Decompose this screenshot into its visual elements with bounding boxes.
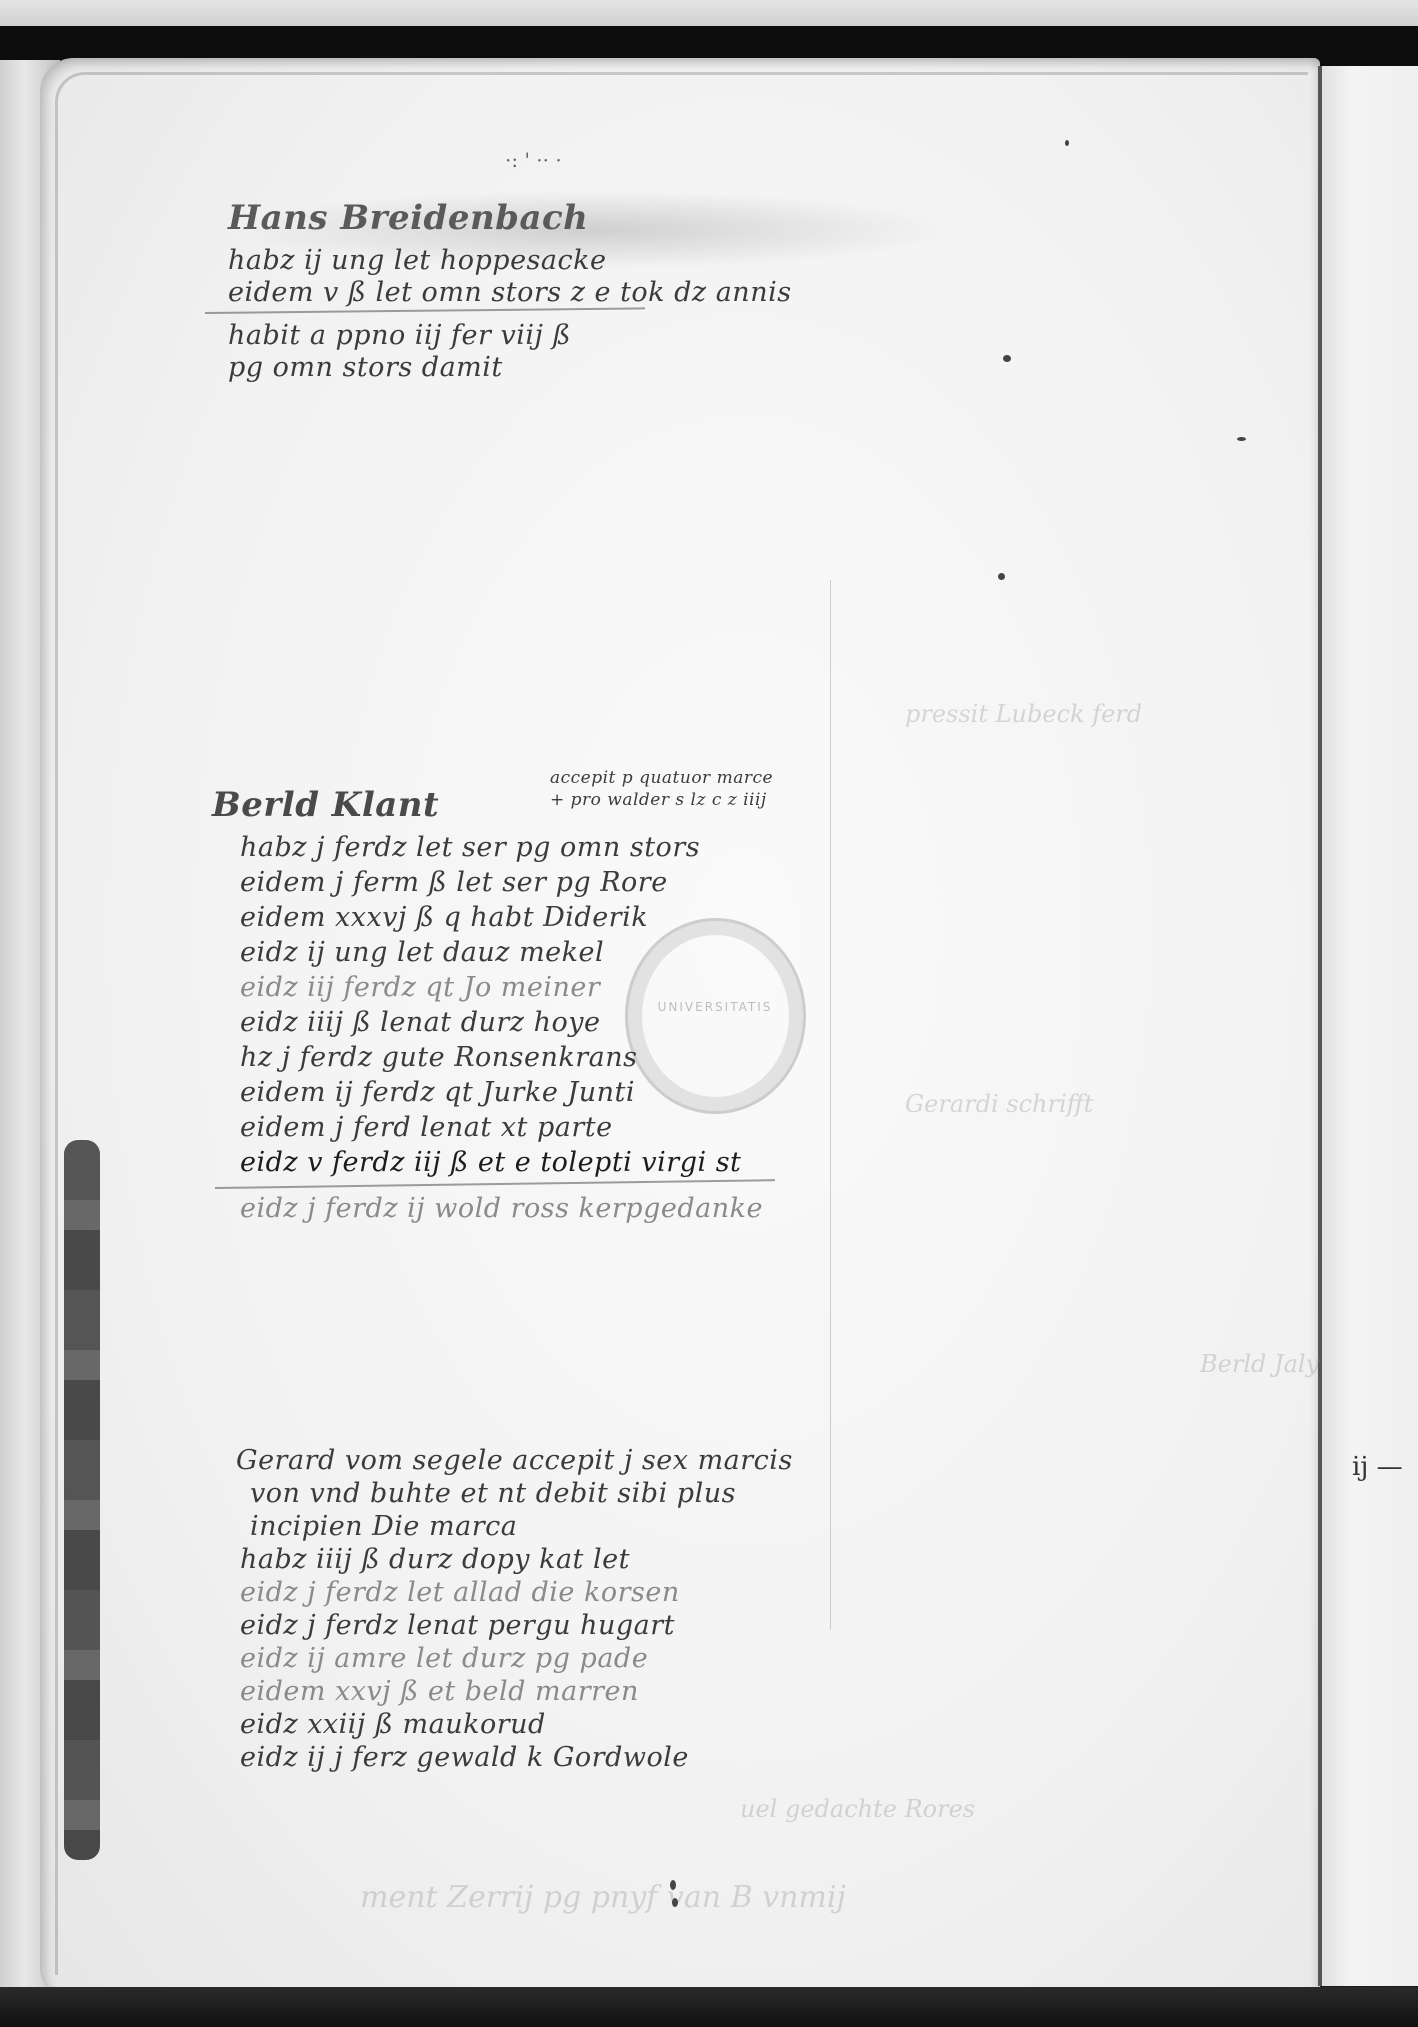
entry-1-line: eidem v ß let omn stors z e tok dz annis bbox=[228, 277, 792, 308]
entry-1-heading: Hans Breidenbach bbox=[228, 198, 588, 238]
entry-2-line: eidz v ferdz iij ß et e tolepti virgi st bbox=[240, 1147, 741, 1178]
bleed-through-text: Gerardi schrifft bbox=[905, 1090, 1093, 1118]
top-mark: ·: ' ·· · bbox=[505, 148, 562, 172]
manuscript-scan: pressit Lubeck ferd Gerardi schrifft uel… bbox=[0, 0, 1418, 2027]
entry-3-line: eidz xxiij ß maukorud bbox=[240, 1709, 546, 1740]
entry-3-line: eidem xxvj ß et beld marren bbox=[240, 1676, 639, 1707]
entry-3-line: habz iiij ß durz dopy kat let bbox=[240, 1544, 630, 1575]
entry-2-line: eidem j ferd lenat xt parte bbox=[240, 1112, 613, 1143]
entry-2-line: eidem xxxvj ß q habt Diderik bbox=[240, 902, 648, 933]
entry-2-heading: Berld Klant bbox=[212, 785, 439, 825]
library-stamp bbox=[625, 918, 806, 1114]
entry-2-interlinear: + pro walder s lz c z iiij bbox=[550, 790, 767, 810]
ink-speck bbox=[672, 1898, 678, 1907]
entry-2-line: eidz iiij ß lenat durz hoye bbox=[240, 1007, 600, 1038]
bleed-through-text: Berld Jaly bbox=[1200, 1350, 1319, 1378]
entry-2-line: habz j ferdz let ser pg omn stors bbox=[240, 832, 700, 863]
ink-speck bbox=[1065, 140, 1069, 146]
entry-2-line: eidem ij ferdz qt Jurke Junti bbox=[240, 1077, 635, 1108]
bleed-through-text: pressit Lubeck ferd bbox=[905, 700, 1142, 728]
entry-1-line: habit a ppno iij fer viij ß bbox=[228, 320, 571, 351]
entry-1-line: habz ij ung let hoppesacke bbox=[228, 245, 606, 276]
entry-3-line: eidz ij amre let durz pg pade bbox=[240, 1643, 648, 1674]
bleed-through-text: uel gedachte Rores bbox=[740, 1795, 975, 1823]
bleed-through-text: ment Zerrij pg pnyf van B vnmij bbox=[360, 1880, 846, 1915]
entry-1-line: pg omn stors damit bbox=[228, 352, 503, 383]
bottom-binding-edge bbox=[0, 1987, 1418, 2027]
entry-2-line: eidz j ferdz ij wold ross kerpgedanke bbox=[240, 1193, 763, 1224]
ink-speck bbox=[1237, 437, 1246, 441]
margin-ruling bbox=[830, 580, 831, 1630]
binding-damage bbox=[64, 1140, 100, 1860]
ink-speck bbox=[998, 573, 1005, 580]
entry-3-line: eidz ij j ferz gewald k Gordwole bbox=[240, 1742, 689, 1773]
stamp-text: UNIVERSITATIS bbox=[655, 1000, 775, 1014]
entry-2-line: hz j ferdz gute Ronsenkrans bbox=[240, 1042, 638, 1073]
facing-page bbox=[1322, 66, 1418, 1986]
ink-speck bbox=[1003, 355, 1011, 362]
entry-2-line: eidz iij ferdz qt Jo meiner bbox=[240, 972, 600, 1003]
entry-2-interlinear: accepit p quatuor marce bbox=[550, 768, 773, 788]
entry-2-line: eidz ij ung let dauz mekel bbox=[240, 937, 604, 968]
entry-3-line: von vnd buhte et nt debit sibi plus bbox=[250, 1478, 736, 1509]
scanner-top-strip bbox=[0, 0, 1418, 28]
ink-speck bbox=[670, 1880, 676, 1890]
facing-page-mark: ij — bbox=[1352, 1452, 1403, 1482]
entry-3-line: eidz j ferdz let allad die korsen bbox=[240, 1577, 680, 1608]
entry-2-line: eidem j ferm ß let ser pg Rore bbox=[240, 867, 668, 898]
entry-3-line: eidz j ferdz lenat pergu hugart bbox=[240, 1610, 675, 1641]
entry-3-line: incipien Die marca bbox=[250, 1511, 517, 1542]
entry-3-line: Gerard vom segele accepit j sex marcis bbox=[236, 1445, 793, 1476]
